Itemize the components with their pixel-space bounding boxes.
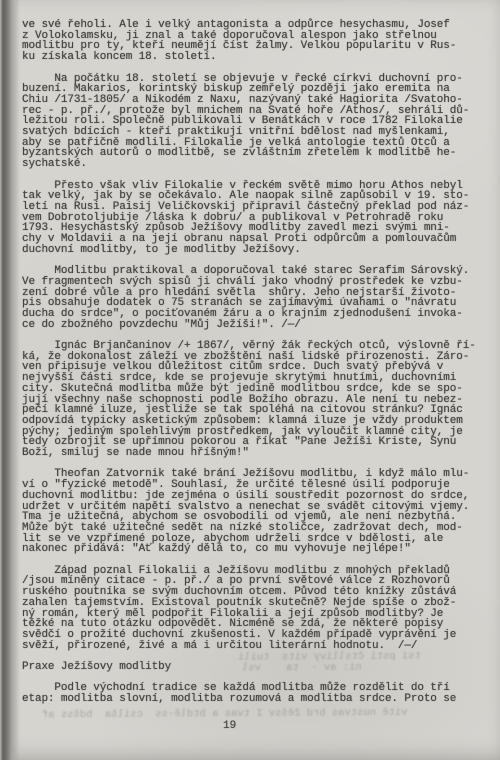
paragraph-1: ve své řeholi. Ale i velký antagonista a… [22,20,488,63]
page-number: 19 [223,720,236,732]
paragraph-6: Theofan Zatvornik také brání Ježíšovu mo… [22,469,488,555]
paragraph-2: Na počátku 18. století se objevuje v řec… [22,74,488,170]
paragraph-4: Modlitbu praktikoval a doporučoval také … [22,266,488,330]
document-page: ve své řeholi. Ale i velký antagonista a… [0,0,500,760]
paragraph-3: Přesto však vliv Filokalie v řeckém svět… [22,181,488,256]
paragraph-7: Západ poznal Filokalii a Ježíšovu modlit… [22,566,488,652]
paragraph-5: Ignác Brjančaninov /+ 1867/, věrný žák ř… [22,341,488,459]
paragraph-8: Podle východní tradice se každá modlitba… [22,683,488,704]
scan-shadow-left [0,0,22,760]
section-heading: Praxe Ježíšovy modlitby [22,662,488,673]
body-text: ve své řeholi. Ale i velký antagonista a… [22,20,488,716]
